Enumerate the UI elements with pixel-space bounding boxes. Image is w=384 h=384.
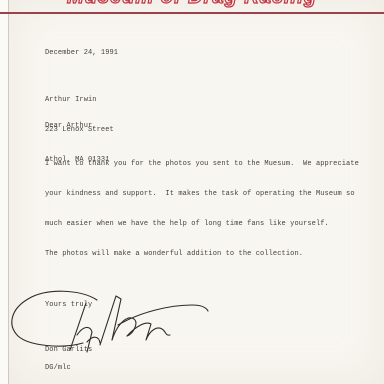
letterhead-rule <box>0 12 384 14</box>
letter-body: I want to thank you for the photos you s… <box>45 139 359 269</box>
recipient-name: Arthur Irwin <box>45 95 114 105</box>
letter-date: December 24, 1991 <box>45 48 118 58</box>
body-line: I want to thank you for the photos you s… <box>45 159 359 169</box>
body-line: The photos will make a wonderful additio… <box>45 249 359 259</box>
typed-signer-name: Don Garlits <box>45 345 92 355</box>
body-line: your kindness and support. It makes the … <box>45 189 359 199</box>
letterhead-title: Museum of Drag Racing <box>0 0 384 7</box>
salutation: Dear Arthur, <box>45 121 97 131</box>
typist-initials: DG/mlc <box>45 363 71 373</box>
body-line: much easier when we have the help of lon… <box>45 219 359 229</box>
handwritten-signature <box>0 283 215 358</box>
scanned-letter-page: { "letterhead": { "title": "Museum of Dr… <box>0 0 384 384</box>
